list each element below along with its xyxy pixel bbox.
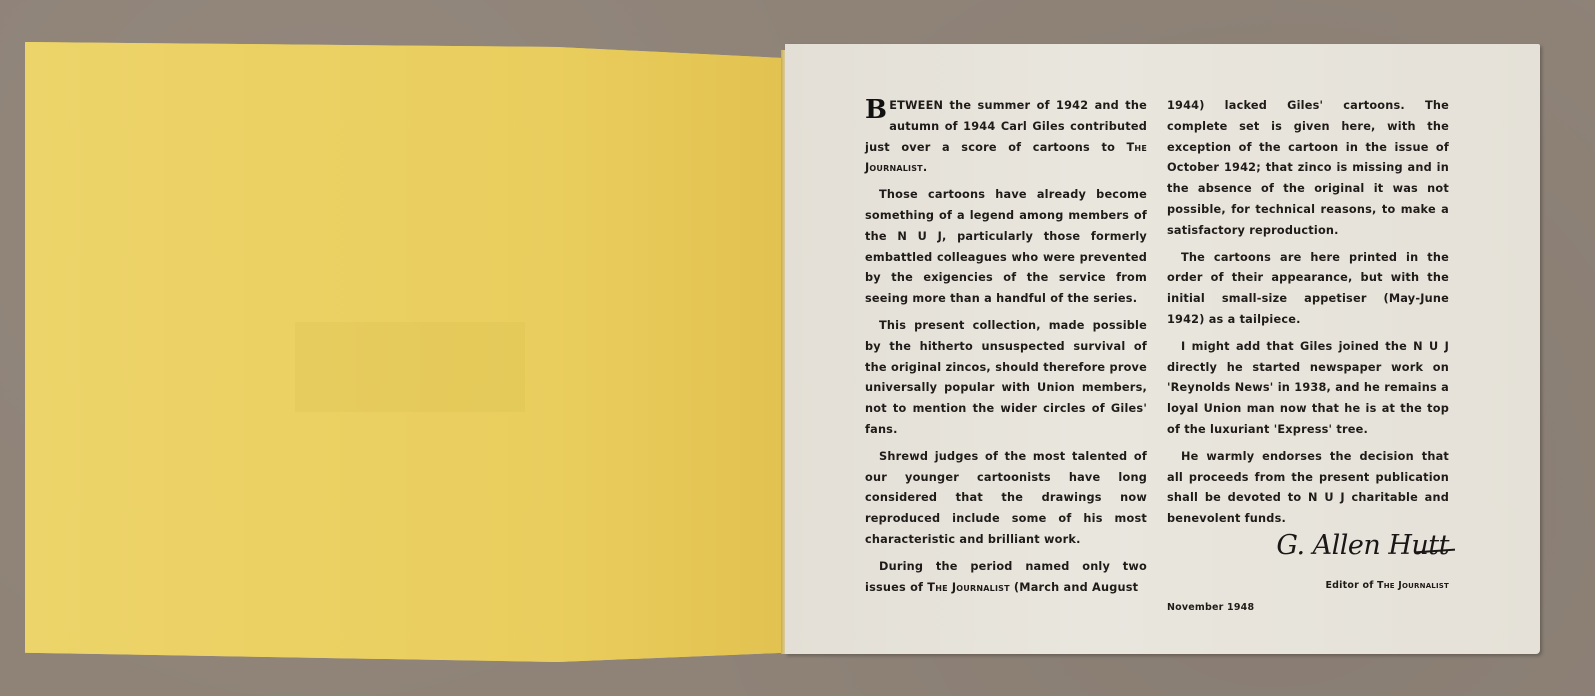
paragraph-4: Shrewd judges of the most talented of ou…	[865, 447, 1147, 551]
text-column-left: BETWEEN the summer of 1942 and the autum…	[865, 96, 1147, 604]
paragraph-1: BETWEEN the summer of 1942 and the autum…	[865, 96, 1147, 179]
paragraph-8: I might add that Giles joined the N U J …	[1167, 337, 1449, 441]
yellow-inside-cover	[25, 42, 785, 662]
show-through-mark	[295, 322, 525, 412]
paragraph-2: Those cartoons have already become somet…	[865, 185, 1147, 310]
paragraph-7: The cartoons are here printed in the ord…	[1167, 248, 1449, 331]
paragraph-5: During the period named only two issues …	[865, 557, 1147, 599]
paragraph-6: 1944) lacked Giles' cartoons. The comple…	[1167, 96, 1449, 242]
text-column-right: 1944) lacked Giles' cartoons. The comple…	[1167, 96, 1449, 619]
signature-block: G. Allen Hutt Editor of The Journalist	[1167, 536, 1449, 598]
signature: G. Allen Hutt	[1276, 536, 1449, 557]
paragraph-3: This present collection, made possible b…	[865, 316, 1147, 441]
drop-cap: B	[865, 98, 887, 122]
editor-credit: Editor of The Journalist	[1325, 576, 1449, 597]
foreword-page: BETWEEN the summer of 1942 and the autum…	[785, 44, 1540, 654]
date: November 1948	[1167, 598, 1449, 619]
paragraph-9: He warmly endorses the decision that all…	[1167, 447, 1449, 530]
